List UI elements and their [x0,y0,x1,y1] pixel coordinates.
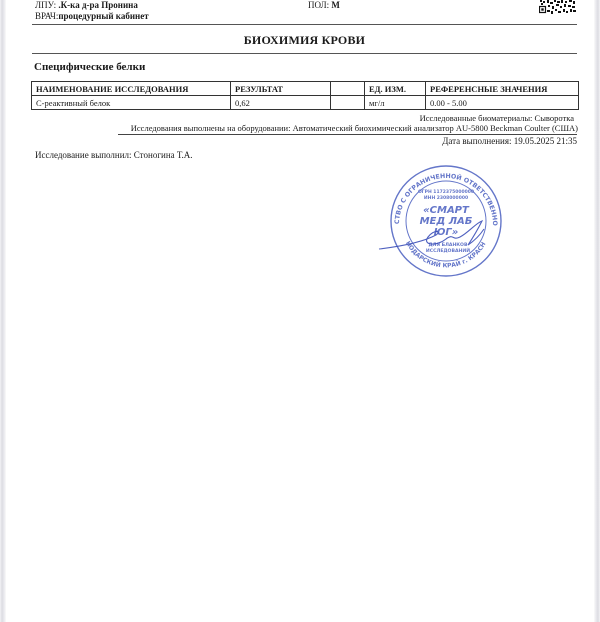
doctor-label: ВРАЧ: [35,11,58,21]
col-header-unit: ЕД. ИЗМ. [365,82,426,96]
stamp-name-3: ЮГ» [434,227,459,238]
cell-reference: 0.00 - 5.00 [426,96,579,110]
document-title: БИОХИМИЯ КРОВИ [32,33,577,48]
table-row: С-реактивный белок 0,62 мг/л 0.00 - 5.00 [32,96,579,110]
doctor-value: процедурный кабинет [58,11,148,21]
results-table: НАИМЕНОВАНИЕ ИССЛЕДОВАНИЯ РЕЗУЛЬТАТ ЕД. … [31,81,579,110]
col-header-result: РЕЗУЛЬТАТ [231,82,331,96]
col-header-name: НАИМЕНОВАНИЕ ИССЛЕДОВАНИЯ [32,82,231,96]
qr-code-icon [539,0,577,14]
title-divider [32,53,577,54]
biomaterial-note: Исследованные биоматериалы: Сыворотка [420,113,574,123]
page-edge-right [594,0,600,622]
lpu-label: ЛПУ: [35,0,56,10]
sex-label: ПОЛ: [308,0,329,10]
stamp-name-1: «СМАРТ [423,205,470,216]
cell-result: 0,62 [231,96,331,110]
sex-value: М [331,0,340,10]
table-header-row: НАИМЕНОВАНИЕ ИССЛЕДОВАНИЯ РЕЗУЛЬТАТ ЕД. … [32,82,579,96]
col-header-reference: РЕФЕРЕНСНЫЕ ЗНАЧЕНИЯ [426,82,579,96]
lpu-line: ЛПУ: .К-ка д-ра Пронина [35,0,138,11]
stamp-ogrn: ОГРН 1172375000000 [418,189,474,195]
sex-line: ПОЛ: М [308,0,340,11]
lpu-value: .К-ка д-ра Пронина [58,0,137,10]
cell-unit: мг/л [365,96,426,110]
cell-flag [331,96,365,110]
stamp-inn: ИНН 2308000000 [424,195,468,201]
completion-date: Дата выполнения: 19.05.2025 21:35 [442,136,577,146]
header-divider [32,24,577,25]
company-seal-stamp: ОБЩЕСТВО С ОГРАНИЧЕННОЙ ОТВЕТСТВЕННОСТЬЮ… [376,163,516,281]
stamp-sub-1: ДЛЯ БЛАНКОВ [429,242,468,248]
performed-by: Исследование выполнил: Стоногина Т.А. [35,150,192,160]
equipment-divider [118,134,577,135]
cell-test-name: С-реактивный белок [32,96,231,110]
equipment-note: Исследования выполнены на оборудовании: … [131,123,578,133]
page-edge-left [0,0,6,622]
doctor-line: ВРАЧ:процедурный кабинет [35,11,149,22]
stamp-name-2: МЕД ЛАБ [420,216,473,227]
col-header-flag [331,82,365,96]
section-title: Специфические белки [34,61,145,73]
